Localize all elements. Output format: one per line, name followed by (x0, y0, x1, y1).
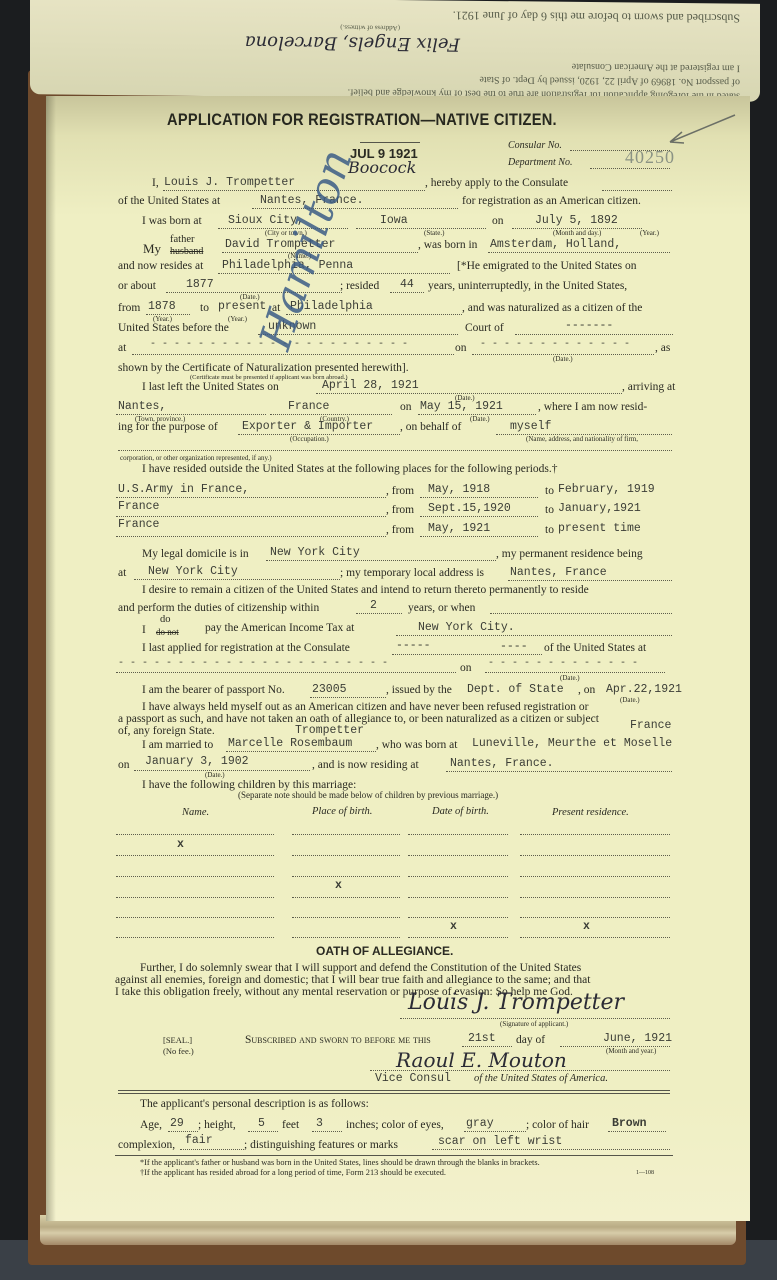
or-about-label: or about (118, 280, 156, 292)
applied-label: I last applied for registration at the C… (142, 642, 350, 654)
department-no-field (590, 168, 670, 169)
age-value: 29 (170, 1117, 184, 1130)
court-of-value: ------- (565, 319, 613, 332)
cap-year: (Year.) (640, 229, 659, 237)
passport-date: Apr.22,1921 (606, 683, 682, 696)
occupation: Exporter & Importer (242, 420, 373, 433)
hair-label: ; color of hair (526, 1119, 589, 1131)
on-label-arrival: on (400, 401, 412, 413)
desire-text: I desire to remain a citizen of the Unit… (142, 584, 589, 596)
residence-from-3: May, 1921 (428, 522, 490, 535)
residence-to-3: present time (558, 522, 641, 535)
residence-from-1: May, 1918 (428, 483, 490, 496)
registration-text: for registration as an American citizen. (462, 195, 641, 207)
applied-on-label: on (460, 662, 472, 674)
birth-date: July 5, 1892 (535, 214, 618, 227)
cap-date-4: (Date.) (470, 415, 490, 423)
sworn-month-year: June, 1921 (603, 1032, 672, 1045)
tax-i-label: I (142, 624, 146, 636)
consular-no-label: Consular No. (508, 140, 562, 151)
arrival-date: May 15, 1921 (420, 400, 503, 413)
issued-by-label: , issued by the (386, 684, 452, 696)
feet-label: feet (282, 1119, 299, 1131)
years-value: 2 (370, 599, 377, 612)
cap-month: (Month and day.) (553, 229, 601, 237)
at-label-domicile: at (118, 567, 126, 579)
residence-from-label-2: , from (386, 504, 414, 516)
note-above-wife: Trompetter (295, 724, 364, 737)
col-header-residence: Present residence. (552, 807, 629, 818)
cap-firm-2: corporation, or other organization repre… (120, 454, 272, 462)
age-label: Age, (140, 1119, 162, 1131)
spouse-born-label: , who was born at (376, 739, 457, 751)
residence-place-1: U.S.Army in France, (118, 483, 249, 496)
cap-year-to: (Year.) (228, 315, 247, 323)
flap-line-4: of passport No. 18969 of April 22, 1920,… (479, 74, 740, 88)
permanent-residence: New York City (148, 565, 238, 578)
eye-color: gray (466, 1117, 494, 1130)
permanent-residence-label: , my permanent residence being (496, 548, 643, 560)
height-feet: 5 (258, 1117, 265, 1130)
court-of-label: Court of (465, 322, 504, 334)
behalf-label: , on behalf of (400, 421, 461, 433)
cap-date-6: (Date.) (620, 696, 640, 704)
child-cell-4-2: x (450, 920, 457, 933)
emigration-year: 1877 (186, 278, 214, 291)
residence-from-2: Sept.15,1920 (428, 502, 511, 515)
passport-number: 23005 (312, 683, 347, 696)
emigrated-label: [*He emigrated to the United States on (457, 260, 636, 272)
height-label: ; height, (198, 1119, 236, 1131)
footnote-star: *If the applicant's father or husband wa… (140, 1158, 540, 1167)
applied-value-1: ----- (396, 639, 431, 652)
hereby-apply-text: , hereby apply to the Consulate (425, 177, 568, 189)
behalf-value: myself (510, 420, 551, 433)
spouse-residing-label: , and is now residing at (312, 759, 419, 771)
marriage-on-label: on (118, 759, 130, 771)
i-label: I, (152, 177, 159, 189)
resided-years: 44 (400, 278, 414, 291)
cap-month-year: (Month and year.) (606, 1047, 656, 1055)
applicant-signature: Louis J. Trompetter (408, 990, 624, 1015)
cap-date-2: (Date.) (553, 355, 573, 363)
no-fee-label: (No fee.) (163, 1046, 194, 1056)
spouse-birthplace: Luneville, Meurthe et Moselle (472, 737, 672, 750)
officer-title: Vice Consul (375, 1072, 451, 1085)
born-label: I was born at (142, 215, 202, 227)
officer-signature: Raoul E. Mouton (396, 1048, 567, 1072)
col-header-date: Date of birth. (432, 806, 489, 817)
as-label: , as (655, 342, 670, 354)
consulate-label: of the United States at (118, 195, 220, 207)
arrow-mark-icon (660, 110, 740, 150)
signature-caption: (Signature of applicant.) (500, 1020, 568, 1028)
to-label: to (200, 302, 209, 314)
tax-do: do (160, 614, 171, 625)
on2-label: on (455, 342, 467, 354)
bracket-husband-struck: husband (170, 246, 203, 257)
temp-address: Nantes, France (510, 566, 607, 579)
footnote-dagger: †If the applicant has resided abroad for… (140, 1168, 446, 1177)
flap-upside-down-text: stated in the foregoing application for … (30, 0, 760, 102)
years-text: years, uninterruptedly, in the United St… (428, 280, 627, 292)
residence-place-3: France (118, 518, 159, 531)
certificate-text: shown by the Certificate of Naturalizati… (118, 362, 409, 374)
married-label: I am married to (142, 739, 213, 751)
description-intro: The applicant's personal description is … (140, 1098, 369, 1110)
spouse-birth-date: January 3, 1902 (145, 755, 249, 768)
tax-do-not-struck: do not (156, 627, 179, 637)
bracket-father: father (170, 234, 194, 245)
sworn-day: 21st (468, 1032, 496, 1045)
col-header-place: Place of birth. (312, 806, 372, 817)
form-number: 1—108 (636, 1170, 654, 1176)
court-label: United States before the (118, 322, 229, 334)
flap-line-3: I am registered at the American Consulat… (572, 61, 740, 74)
department-no-stamp: 40250 (625, 147, 675, 168)
height-inches: 3 (316, 1117, 323, 1130)
arrival-country: France (288, 400, 329, 413)
page-shadow (46, 96, 56, 1221)
resided-label: ; resided (340, 280, 379, 292)
inches-label: inches; color of eyes, (346, 1119, 444, 1131)
from-year: 1878 (148, 300, 176, 313)
left-us-date: April 28, 1921 (322, 379, 419, 392)
passport-on-label: , on (578, 684, 595, 696)
on-label: on (492, 215, 504, 227)
issued-by: Dept. of State (467, 683, 564, 696)
tax-label: pay the American Income Tax at (205, 622, 354, 634)
col-header-name: Name. (182, 807, 209, 818)
marks-value: scar on left wrist (438, 1135, 562, 1148)
residence-to-label-3: to (545, 524, 554, 536)
seal-label: [SEAL.] (163, 1035, 192, 1045)
child-cell-2-1: x (335, 879, 342, 892)
applicant-name: Louis J. Trompetter (164, 176, 295, 189)
cap-date-5: (Date.) (560, 674, 580, 682)
cap-state: (State.) (424, 229, 444, 237)
folded-previous-page: stated in the foregoing application for … (30, 0, 760, 102)
oath-title: OATH OF ALLEGIANCE. (316, 944, 453, 958)
purpose-label: ing for the purpose of (118, 421, 218, 433)
residence-from-label-3: , from (386, 524, 414, 536)
perform-label: and perform the duties of citizenship wi… (118, 602, 319, 614)
cap-date-7: (Date.) (205, 771, 225, 779)
flap-line-1: Subscribed and sworn to before me this 6… (453, 8, 740, 26)
complexion-label: complexion, (118, 1139, 175, 1151)
held-text-1: I have always held myself out as an Amer… (142, 701, 588, 713)
hair-color: Brown (612, 1117, 647, 1130)
born-in-label: , was born in (418, 239, 477, 251)
complexion-value: fair (185, 1134, 213, 1147)
child-cell-4-3: x (583, 920, 590, 933)
sworn-label: Subscribed and sworn to before me this (245, 1034, 431, 1046)
father-birthplace: Amsterdam, Holland, (490, 238, 621, 251)
residing-text: , where I am now resid- (538, 401, 647, 413)
spouse-residing: Nantes, France. (450, 757, 554, 770)
cap-firm: (Name, address, and nationality of firm, (526, 435, 638, 443)
flap-line-2: (Address of witness.) (340, 23, 400, 32)
residence-to-1: February, 1919 (558, 483, 655, 496)
oath-line-2: against all enemies, foreign and domesti… (115, 974, 590, 986)
tax-place: New York City. (418, 621, 515, 634)
passport-label: I am the bearer of passport No. (142, 684, 285, 696)
temp-address-label: ; my temporary local address is (340, 567, 484, 579)
applied-on-value: - - - - - - - - - - - - - (488, 658, 638, 669)
residence-place-2: France (118, 500, 159, 513)
residence-to-label-1: to (545, 485, 554, 497)
held-text-3: of, any foreign State. (118, 725, 215, 737)
officer-post: of the United States of America. (474, 1073, 608, 1084)
oath-line-1: Further, I do solemnly swear that I will… (140, 962, 581, 974)
my-label: My (143, 241, 161, 257)
on2-value: - - - - - - - - - - - - - (480, 339, 630, 350)
applied-at: - - - - - - - - - - - - - - - - - - - - … (118, 658, 388, 669)
left-us-label: I last left the United States on (142, 381, 279, 393)
child-cell-0-0: x (177, 838, 184, 851)
form-title: APPLICATION FOR REGISTRATION—NATIVE CITI… (167, 110, 557, 130)
years-or-when: years, or when (408, 602, 475, 614)
residences-intro: I have resided outside the United States… (142, 463, 558, 475)
arriving-label: , arriving at (622, 381, 675, 393)
children-note: (Separate note should be made below of c… (238, 790, 498, 800)
residence-to-label-2: to (545, 504, 554, 516)
spouse-name: Marcelle Rosembaum (228, 737, 352, 750)
resides-label: and now resides at (118, 260, 203, 272)
residence-to-2: January,1921 (558, 502, 641, 515)
day-of-label: day of (516, 1034, 545, 1046)
birth-state: Iowa (380, 214, 408, 227)
flap-signature: Felix Engels, Barcelona (245, 31, 460, 54)
at2-label: at (118, 342, 126, 354)
cap-occupation: (Occupation.) (290, 435, 329, 443)
applied-post: of the United States at (544, 642, 646, 654)
department-no-label: Department No. (508, 157, 572, 168)
note-above-place: France (630, 719, 671, 732)
legal-domicile: New York City (270, 546, 360, 559)
from-label: from (118, 302, 140, 314)
naturalized-text: , and was naturalized as a citizen of th… (462, 302, 642, 314)
arrival-town: Nantes, (118, 400, 166, 413)
applied-value-2: ---- (500, 640, 528, 653)
residence-from-label-1: , from (386, 485, 414, 497)
legal-domicile-label: My legal domicile is in (142, 548, 249, 560)
marks-label: ; distinguishing features or marks (244, 1139, 398, 1151)
